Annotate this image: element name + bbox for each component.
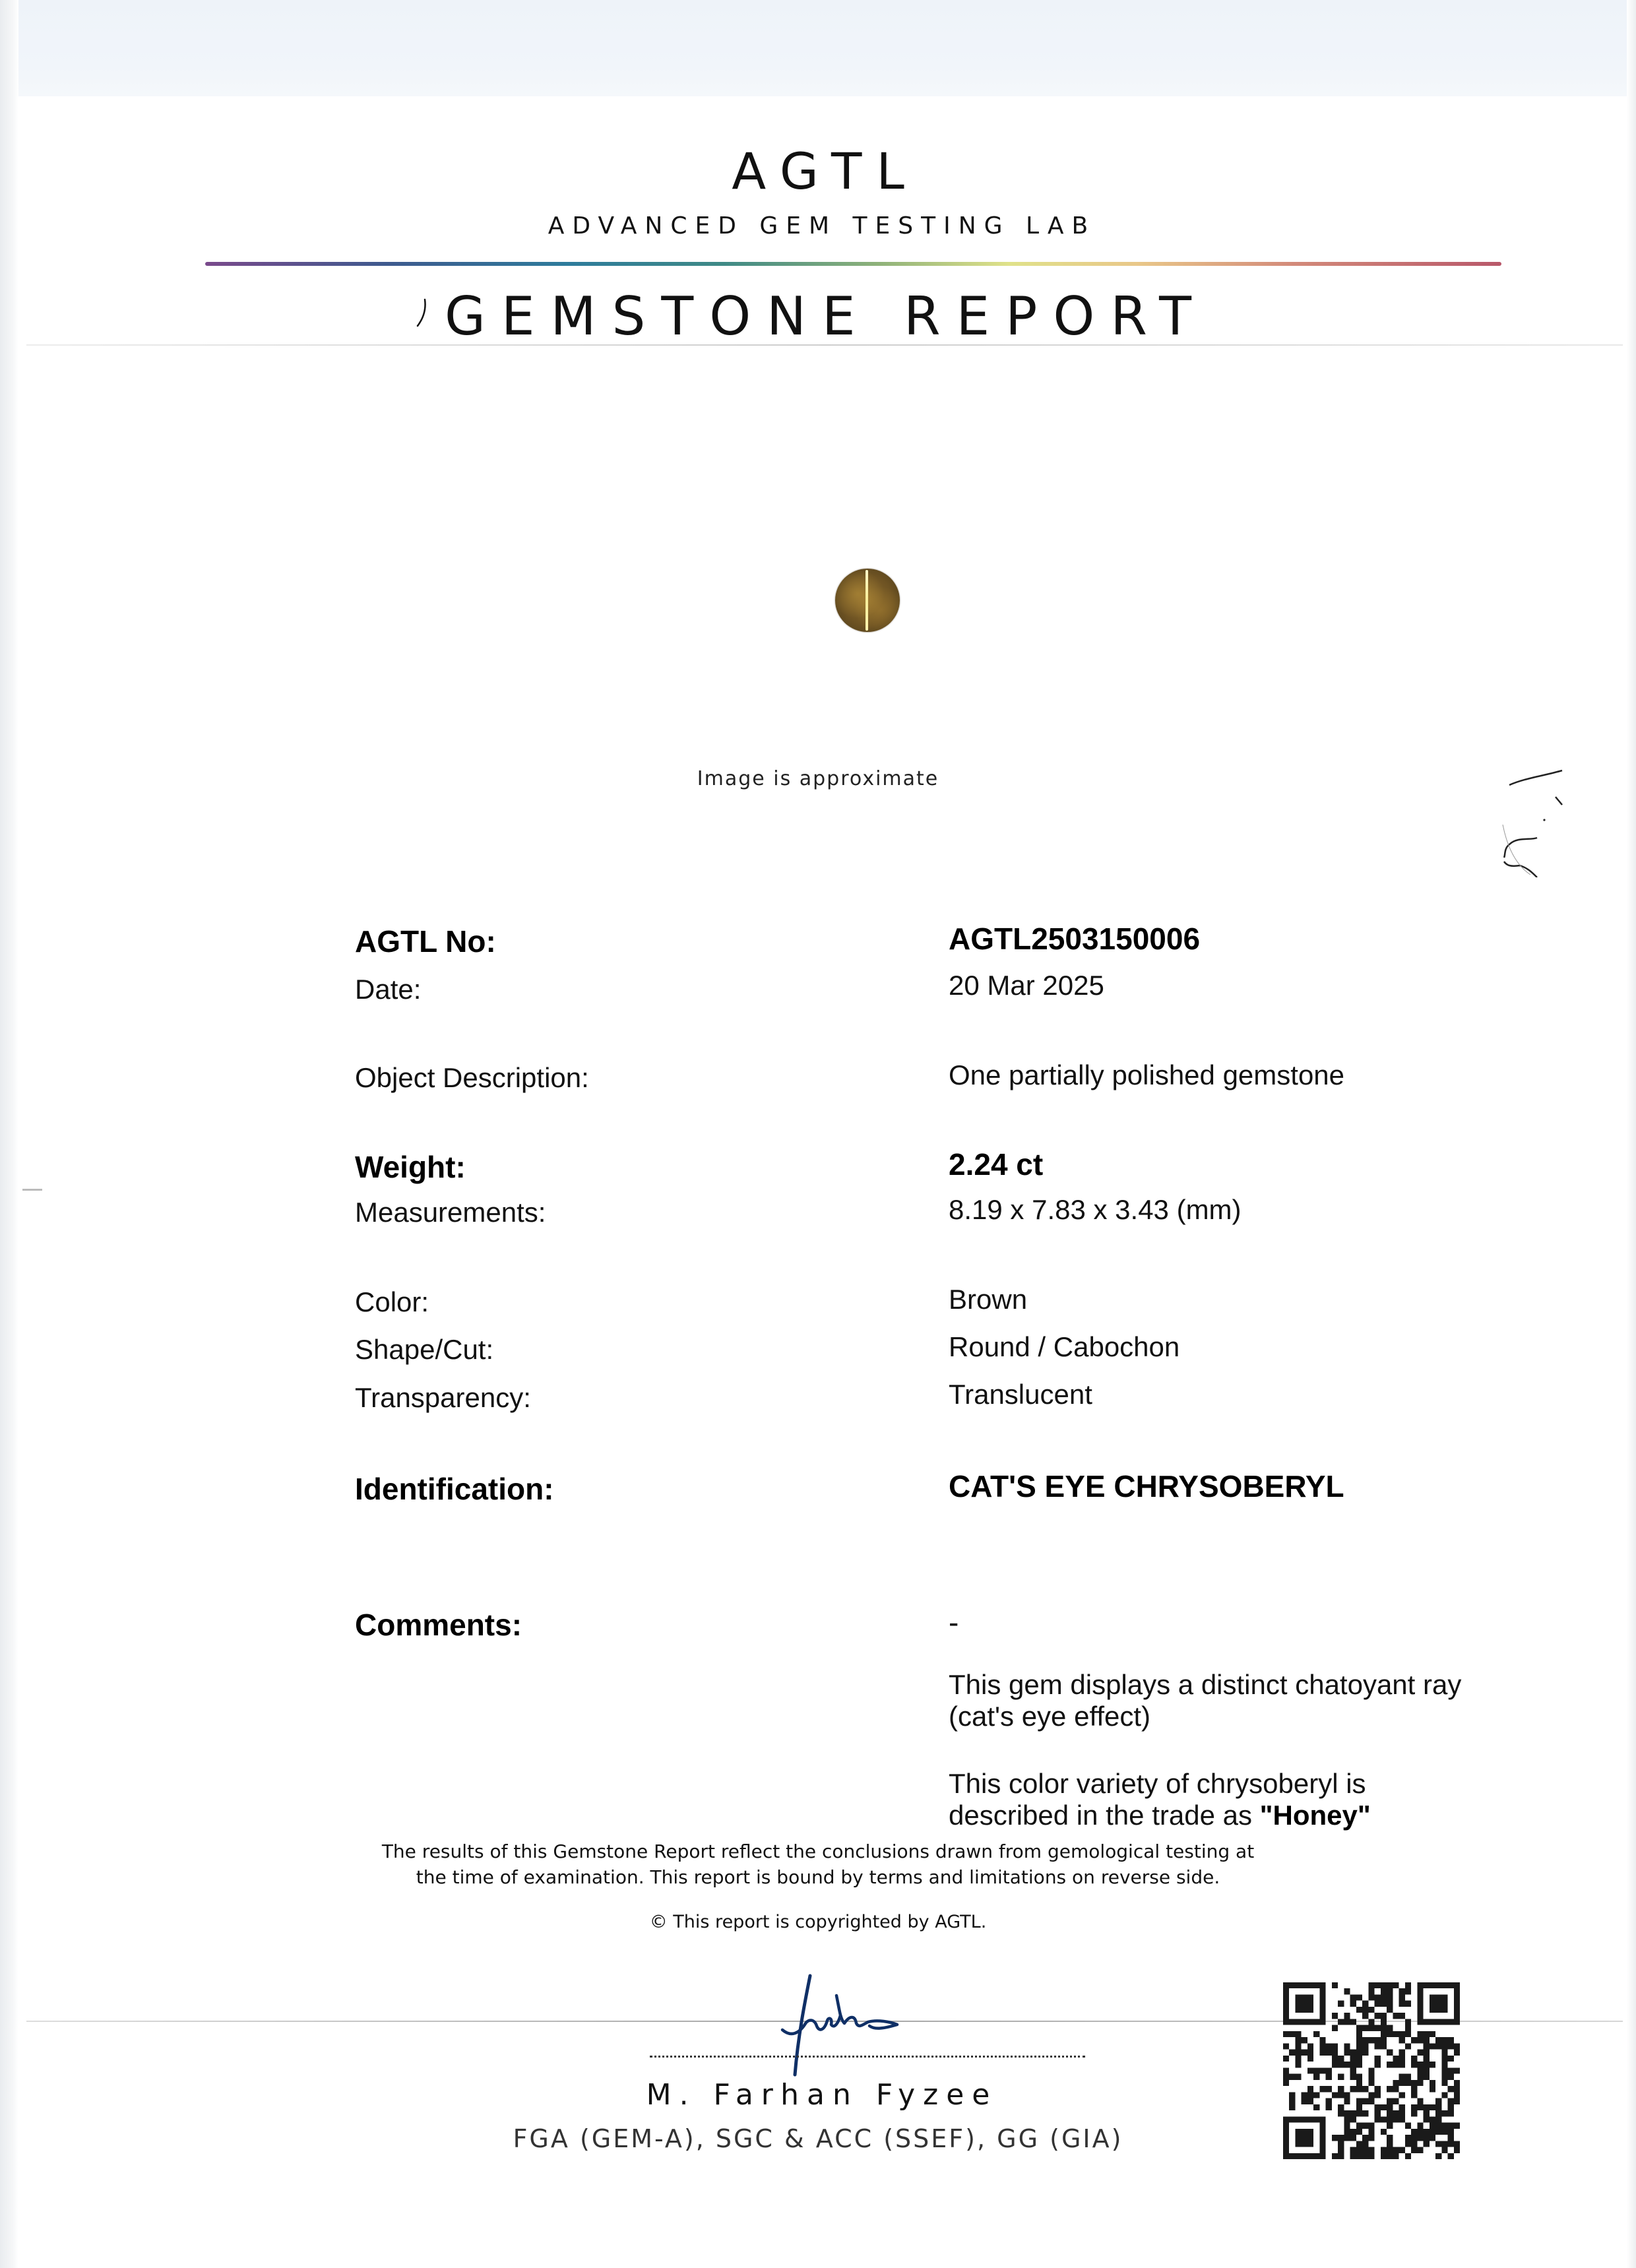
identification-value: CAT'S EYE CHRYSOBERYL (949, 1468, 1344, 1504)
trade-name-emphasis: "Honey" (1260, 1800, 1371, 1831)
disclaimer: The results of this Gemstone Report refl… (0, 1839, 1636, 1890)
comment-note-chatoyancy: This gem displays a distinct chatoyant r… (949, 1669, 1461, 1732)
chatoyant-ray (865, 570, 868, 631)
cats-eye-gem-icon (835, 569, 900, 632)
comment-line: This color variety of chrysoberyl is (949, 1768, 1371, 1800)
qr-code-icon[interactable] (1283, 1982, 1460, 2159)
scan-top-band (0, 0, 1636, 96)
comments-label: Comments: (355, 1607, 522, 1643)
comment-line: (cat's eye effect) (949, 1701, 1461, 1732)
weight-label: Weight: (355, 1149, 466, 1185)
color-value: Brown (949, 1284, 1027, 1315)
signature-icon (759, 1969, 957, 2081)
color-label: Color: (355, 1286, 429, 1318)
comment-line: described in the trade as "Honey" (949, 1800, 1371, 1831)
object-description-value: One partially polished gemstone (949, 1059, 1344, 1091)
transparency-label: Transparency: (355, 1382, 531, 1414)
lab-full-name: ADVANCED GEM TESTING LAB (0, 214, 1636, 238)
comments-value: - (949, 1604, 959, 1640)
shape-cut-value: Round / Cabochon (949, 1331, 1180, 1363)
agtl-no-label: AGTL No: (355, 924, 496, 959)
spectrum-divider (205, 262, 1501, 266)
agtl-no-value: AGTL2503150006 (949, 921, 1200, 957)
image-caption: Image is approximate (0, 767, 1636, 790)
identification-label: Identification: (355, 1471, 554, 1507)
object-description-label: Object Description: (355, 1062, 589, 1094)
disclaimer-line: The results of this Gemstone Report refl… (0, 1839, 1636, 1864)
report-title: GEMSTONE REPORT (0, 290, 1636, 343)
comment-note-trade-name: This color variety of chrysoberyl is des… (949, 1768, 1371, 1831)
comment-text: described in the trade as (949, 1800, 1260, 1831)
shape-cut-label: Shape/Cut: (355, 1334, 493, 1366)
measurements-label: Measurements: (355, 1197, 546, 1228)
lab-logo-text: AGTL (0, 146, 1636, 197)
scan-mark (22, 1189, 42, 1191)
comment-line: This gem displays a distinct chatoyant r… (949, 1669, 1461, 1701)
transparency-value: Translucent (949, 1379, 1092, 1410)
weight-value: 2.24 ct (949, 1147, 1043, 1182)
date-value: 20 Mar 2025 (949, 970, 1104, 1001)
disclaimer-line: the time of examination. This report is … (0, 1864, 1636, 1890)
pencil-scribble-icon (1497, 759, 1577, 877)
measurements-value: 8.19 x 7.83 x 3.43 (mm) (949, 1194, 1242, 1226)
date-label: Date: (355, 974, 421, 1005)
copyright-notice: © This report is copyrighted by AGTL. (0, 1912, 1636, 1932)
signature-line (650, 2056, 1085, 2058)
